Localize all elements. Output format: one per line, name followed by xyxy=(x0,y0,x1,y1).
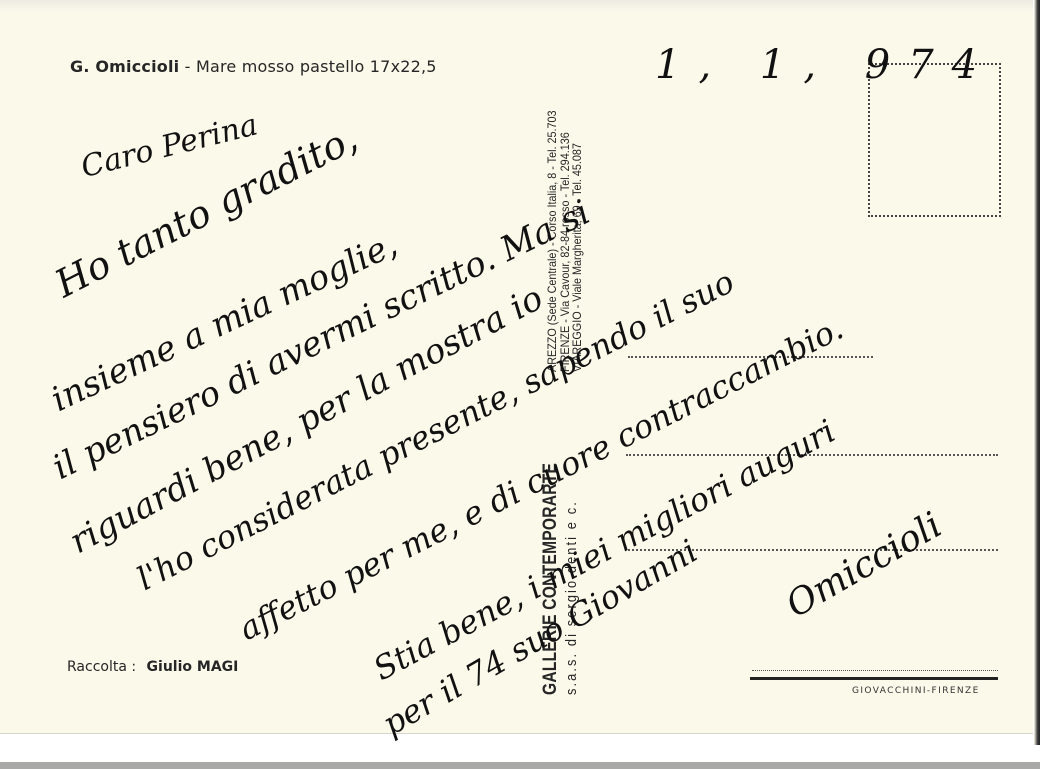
address-line xyxy=(752,670,998,671)
scan-border xyxy=(0,762,1040,769)
handwritten-date: 1, 1, 974 xyxy=(655,42,995,88)
publisher-imprint: GIOVACCHINI-FIRENZE xyxy=(852,686,980,696)
collection-label: Raccolta : xyxy=(67,659,136,675)
artist-name: G. Omiccioli xyxy=(70,57,179,76)
collection-credit: Raccolta : Giulio MAGI xyxy=(67,659,238,675)
artwork-title: Mare mosso pastello 17x22,5 xyxy=(196,57,437,76)
scan-shadow xyxy=(0,0,1033,12)
gallery-address-viareggio: VIAREGGIO - Viale Margherita, 69 - Tel. … xyxy=(571,110,584,372)
caption-separator: - xyxy=(185,57,191,76)
divider-rule xyxy=(750,677,998,680)
artwork-caption: G. Omiccioli - Mare mosso pastello 17x22… xyxy=(70,57,437,76)
card-edge xyxy=(1034,0,1040,745)
collection-owner: Giulio MAGI xyxy=(147,659,239,675)
